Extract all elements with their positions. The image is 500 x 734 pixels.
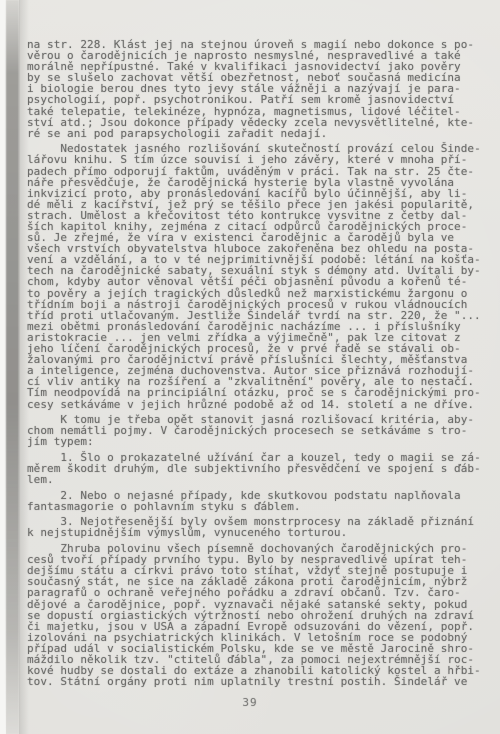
paragraph-2: Nedostatek jasného rozlišování skutečnos…: [27, 143, 495, 409]
page-text: na str. 228. Klást jej na stejnou úroveň…: [27, 39, 495, 692]
paragraph-3: K tomu je třeba opět stanovit jasná rozl…: [27, 414, 495, 447]
paragraph-1: na str. 228. Klást jej na stejnou úroveň…: [27, 39, 495, 139]
paragraph-6-numbered-item-3: 3. Nejotřesenější byly ovšem monstrproce…: [27, 516, 495, 538]
page-number: 39: [0, 696, 500, 709]
paragraph-5-numbered-item-2: 2. Nebo o nejasné případy, kde skutkovou…: [27, 490, 495, 512]
paragraph-4-numbered-item-1: 1. Šlo o prokazatelné užívání čar a kouz…: [27, 452, 495, 485]
binding-shadow: [6, 0, 19, 734]
paragraph-7: Zhruba polovinu všech písemně dochovanýc…: [27, 543, 495, 687]
scanned-document-page: na str. 228. Klást jej na stejnou úroveň…: [0, 0, 500, 734]
